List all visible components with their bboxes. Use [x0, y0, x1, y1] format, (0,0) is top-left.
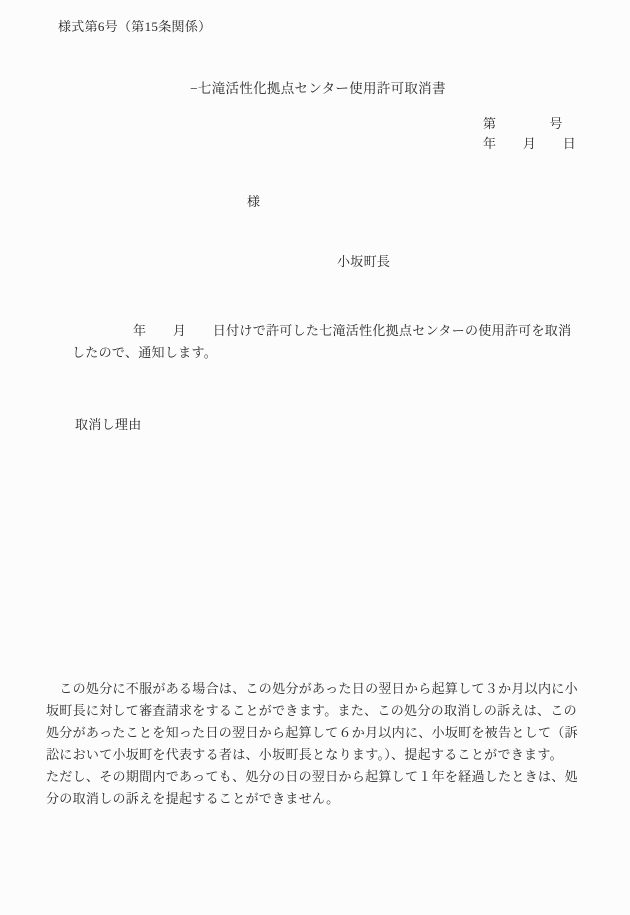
document-title: −七滝活性化拠点センター使用許可取消書: [190, 77, 446, 97]
cancellation-reason-label: 取消し理由: [75, 414, 142, 433]
document-number-line: 第 号: [483, 114, 576, 134]
appeal-notice-line-3: 処分があったことを知った日の翌日から起算して６か月以内に、小坂町を被告として（訴: [46, 722, 578, 744]
notification-body-line-1: 年 月 日付けで許可した七滝活性化拠点センターの使用許可を取消: [133, 320, 571, 342]
appeal-notice-line-4: 訟において小坂町を代表する者は、小坂町長となります。）、提起することができます。: [46, 744, 578, 766]
issuer-name: 小坂町長: [337, 251, 390, 270]
recipient-honorific: 様: [247, 191, 260, 210]
document-page: 様式第6号（第15条関係） −七滝活性化拠点センター使用許可取消書 第 号 年 …: [0, 0, 630, 915]
document-number-block: 第 号 年 月 日: [483, 114, 576, 154]
appeal-notice-line-2: 坂町長に対して審査請求をすることができます。また、この処分の取消しの訴えは、この: [46, 700, 578, 722]
form-number-label: 様式第6号（第15条関係）: [58, 16, 211, 35]
notification-body-line-2: したので、通知します。: [72, 342, 571, 364]
appeal-notice-line-1: この処分に不服がある場合は、この処分があった日の翌日から起算して３か月以内に小: [46, 678, 578, 700]
notification-body: 年 月 日付けで許可した七滝活性化拠点センターの使用許可を取消 したので、通知し…: [72, 320, 571, 364]
appeal-notice-line-6: 分の取消しの訴えを提起することができません。: [46, 788, 578, 810]
appeal-notice-line-5: ただし、その期間内であっても、処分の日の翌日から起算して１年を経過したときは、処: [46, 766, 578, 788]
document-date-line: 年 月 日: [483, 134, 576, 154]
appeal-notice-paragraph: この処分に不服がある場合は、この処分があった日の翌日から起算して３か月以内に小 …: [46, 678, 578, 810]
